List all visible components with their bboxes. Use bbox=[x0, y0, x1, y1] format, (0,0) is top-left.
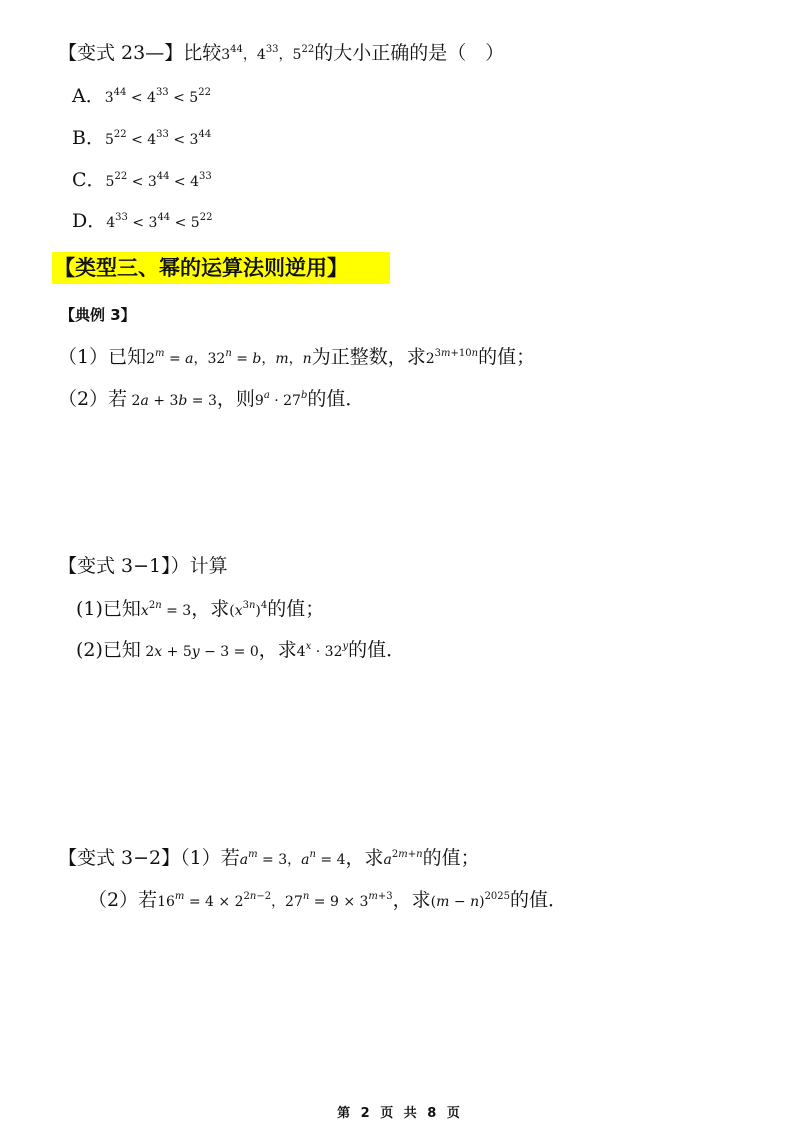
option-d[interactable]: D．433 < 344 < 522 bbox=[72, 208, 212, 236]
variant-3-1-part-2: (2)已知 2x + 5y − 3 = 0，求4x · 32y的值． bbox=[76, 637, 405, 665]
question-label: 【变式 23—】 bbox=[58, 42, 183, 64]
variant-3-2-part-2: （2）若16m = 4 × 22n−2，27n = 9 × 3m+3，求(m −… bbox=[88, 887, 567, 915]
option-b[interactable]: B．522 < 433 < 344 bbox=[72, 125, 211, 153]
question-23-stem: 【变式 23—】比较344，433，522的大小正确的是（ ） bbox=[58, 40, 504, 68]
option-c[interactable]: C．522 < 344 < 433 bbox=[72, 167, 212, 195]
option-a[interactable]: A．344 < 433 < 522 bbox=[72, 83, 211, 111]
example-3-part-2: （2）若 2a + 3b = 3，则9a · 27b的值． bbox=[58, 386, 364, 414]
variant-3-1-title: 【变式 3−1】）计算 bbox=[58, 553, 228, 579]
section-heading: 【类型三、幂的运算法则逆用】 bbox=[52, 252, 390, 284]
variant-3-1-part-1: (1)已知x2n = 3，求(x3n)4的值； bbox=[76, 596, 324, 624]
example-label: 【典例 3】 bbox=[60, 304, 136, 325]
page-number: 第 2 页 共 8 页 bbox=[0, 1102, 800, 1121]
variant-3-2-part-1: 【变式 3−2】（1）若am = 3，an = 4，求a2m+n的值； bbox=[58, 845, 480, 873]
example-3-part-1: （1）已知2m = a，32n = b，m，n为正整数，求23m+10n的值； bbox=[58, 344, 535, 372]
